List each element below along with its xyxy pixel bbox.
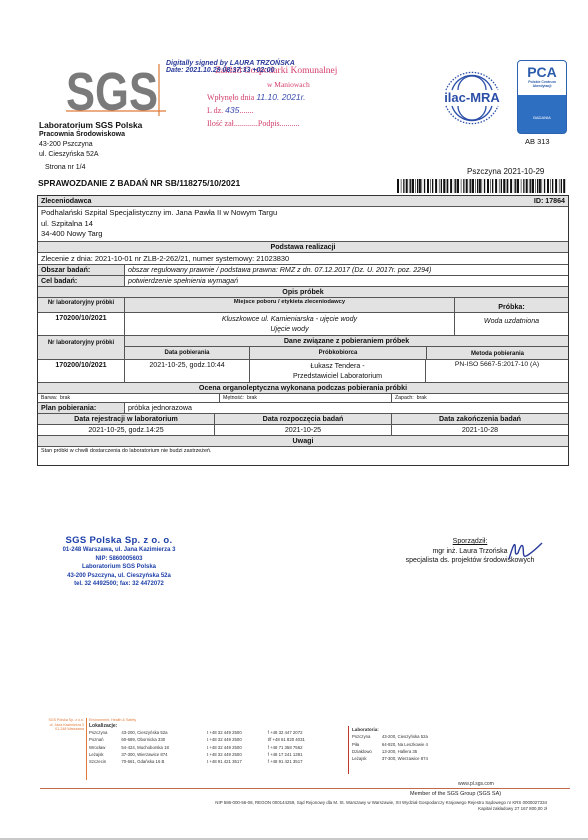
footer-laboratories: Laboratoria: Pszczyna43-200, Cieszyńska … (352, 726, 438, 762)
lab-dept: Pracownia Środowiskowa (39, 130, 142, 140)
stamp-line2: w Maniowach (267, 78, 337, 91)
dates-row: 2021-10-25, godz.14:25 2021-10-25 2021-1… (38, 424, 568, 435)
color-value: brak (60, 395, 70, 401)
pca-badania: BADANIA (518, 95, 566, 120)
col-sampling-date: Data pobierania (125, 347, 249, 359)
footer-lab-row: Działdowo13-200, Hallera 35 (352, 748, 438, 755)
sampler-name: Łukasz Tendera - Przedstawiciel Laborato… (249, 360, 425, 382)
laboratory-address: Laboratorium SGS Polska Pracownia Środow… (39, 120, 142, 160)
footer-divider (86, 718, 87, 780)
svg-text:SGS: SGS (66, 64, 158, 116)
website-link[interactable]: www.pl.sgs.com (458, 781, 494, 787)
start-date-label: Data rozpoczęcia badań (214, 414, 391, 424)
footer-company: SGS Polska Sp. z o.o. ul. Jana Kazimierz… (32, 718, 84, 732)
client-id: ID: 17864 (531, 196, 568, 206)
client-name: Podhalański Szpital Specjalistyczny im. … (41, 208, 565, 219)
member-text: Member of the SGS Group (SGS SA) (410, 791, 501, 797)
sample-type: Woda uzdatniona (454, 313, 568, 335)
samples-header-row: Opis próbek (38, 286, 568, 297)
purpose-row: Cel badań: potwierdzenie spełnienia wyma… (38, 275, 568, 286)
footer-locations: Environment, Health & Safety Lokalizacje… (89, 718, 305, 765)
lab-city: 43-200 Pszczyna (39, 140, 142, 150)
sampling-col-lab-no: Nr laboratoryjny próbki (38, 336, 124, 359)
footer-location-row: Poznań60-689, Obornicka 330t +48 32 449 … (89, 736, 305, 743)
client-header: Zleceniodawca (38, 196, 531, 206)
company-lab: Laboratorium SGS Polska (44, 563, 194, 572)
footer-lab-row: Leżajsk37-300, Wierzawice 874 (352, 755, 438, 762)
handwritten-signature-icon (506, 539, 546, 570)
footer-line (40, 788, 570, 789)
client-details: Podhalański Szpital Specjalistyczny im. … (38, 206, 568, 241)
area-value: obszar regulowany prawnie / podstawa pra… (124, 265, 568, 275)
area-label: Obszar badań: (38, 265, 124, 275)
footer-company-line3: 01-248 Warszawa (32, 727, 84, 732)
organoleptic-header: Ocena organoleptyczna wykonana podczas p… (38, 383, 568, 393)
samples-columns-row: Nr laboratoryjny próbki Miejsce poboru /… (38, 297, 568, 312)
end-date-label: Data zakończenia badań (391, 414, 568, 424)
barcode (397, 179, 567, 193)
client-header-row: Zleceniodawca ID: 17864 (38, 196, 568, 206)
col-location: Miejsce poboru / etykieta zleceniodawcy (124, 298, 454, 312)
sgs-logo: SGS (66, 64, 162, 114)
report-title: SPRAWOZDANIE Z BADAŃ NR SB/118275/10/202… (38, 178, 240, 188)
footer-location-row: Leżajsk37-300, Wierzawice 874t +48 32 44… (89, 751, 305, 758)
svg-text:ilac-MRA: ilac-MRA (444, 90, 500, 105)
stamp-ldz-label: L dz. (207, 106, 223, 115)
turbidity-value: brak (247, 395, 257, 401)
sample-label: Ujęcie wody (128, 324, 451, 334)
company-address: 01-248 Warszawa, ul. Jana Kazimierza 3 (44, 546, 194, 555)
ilac-mra-logo: ilac-MRA (434, 60, 510, 136)
organoleptic-row: Barwa: brak Mętność: brak Zapach: brak (38, 393, 568, 402)
start-date: 2021-10-25 (214, 425, 391, 435)
company-nip: NIP: 5860005603 (44, 555, 194, 564)
pca-title: PCA (518, 61, 566, 80)
color-label: Barwa: (41, 395, 57, 401)
odor-value: brak (417, 395, 427, 401)
samples-header: Opis próbek (38, 287, 568, 297)
lab-street: ul. Cieszyńska 52A (39, 150, 142, 160)
page-number: Strona nr 1/4 (45, 164, 85, 171)
accreditation-code: AB 313 (525, 137, 550, 146)
organoleptic-header-row: Ocena organoleptyczna wykonana podczas p… (38, 382, 568, 393)
client-street: ul. Szpitalna 14 (41, 219, 565, 230)
turbidity-label: Mętność: (223, 395, 244, 401)
footer-lab-row: Pszczyna43-200, Cieszyńska 52a (352, 733, 438, 740)
end-date: 2021-10-28 (391, 425, 568, 435)
remarks-header-row: Uwagi (38, 435, 568, 446)
remarks-header: Uwagi (38, 436, 568, 446)
sampling-header: Dane związane z pobieraniem próbek (125, 336, 568, 346)
order-info: Zlecenie z dnia: 2021-10-01 nr ZLB-2-262… (38, 253, 568, 264)
basis-header: Podstawa realizacji (38, 242, 568, 252)
registration-date-label: Data rejestracji w laboratorium (38, 414, 214, 424)
stamp-signature-label: Podpis (258, 119, 280, 128)
received-stamp: Zakład Gospodarki Komunalnej w Maniowach… (207, 65, 337, 130)
pca-accreditation-logo: PCA Polskie Centrum Akredytacji BADANIA (517, 60, 567, 134)
col-lab-no: Nr laboratoryjny próbki (38, 298, 124, 312)
stamp-received-date: 11.10. 2021r. (256, 92, 305, 102)
pca-subtitle2: Akredytacji (518, 84, 566, 88)
place-date: Pszczyna 2021-10-29 (467, 167, 544, 176)
footer-divider-labs (348, 726, 349, 774)
client-city: 34-400 Nowy Targ (41, 229, 565, 240)
purpose-label: Cel badań: (38, 276, 124, 286)
sample-location: Kluszkowce ul. Kamieniarska - ujęcie wod… (128, 314, 451, 324)
sampling-method: PN-ISO 5667-5:2017-10 (A) (425, 360, 568, 382)
company-name: SGS Polska Sp. z o. o. (44, 535, 194, 546)
sample-row: 170200/10/2021 Kluszkowce ul. Kamieniars… (38, 312, 568, 335)
stamp-attachments-label: Ilość zał. (207, 119, 236, 128)
digital-signature-date: Date: 2021.10.29 08:37:33 +02:00 (166, 67, 295, 74)
plan-row: Plan pobierania: próbka jednorazowa (38, 402, 568, 413)
digital-signature: Digitally signed by LAURA TRZOŃSKA Date:… (166, 60, 295, 74)
remarks-row: Stan próbki w chwili dostarczenia do lab… (38, 446, 568, 465)
footer-lab-row: Piła64-920, Na Leszkowie 4 (352, 741, 438, 748)
company-stamp: SGS Polska Sp. z o. o. 01-248 Warszawa, … (44, 535, 194, 589)
basis-header-row: Podstawa realizacji (38, 241, 568, 252)
sampling-header-row: Nr laboratoryjny próbki Dane związane z … (38, 335, 568, 359)
stamp-received-label: Wpłynęło dnia (207, 93, 254, 102)
footer-location-row: Szczecin70-661, Gdańska 16 Bt +48 91 421… (89, 758, 305, 765)
col-sample: Próbka: (454, 298, 568, 312)
report-table: Zleceniodawca ID: 17864 Podhalański Szpi… (37, 195, 569, 466)
order-row: Zlecenie z dnia: 2021-10-01 nr ZLB-2-262… (38, 252, 568, 264)
odor-label: Zapach: (395, 395, 414, 401)
stamp-ldz-number: 435 (225, 105, 239, 115)
footer-labs-header: Laboratoria: (352, 726, 438, 733)
plan-value: próbka jednorazowa (124, 403, 568, 413)
company-lab-address: 43-200 Pszczyna, ul. Cieszyńska 52a (44, 572, 194, 581)
dates-header-row: Data rejestracji w laboratorium Data roz… (38, 413, 568, 424)
sample-lab-no: 170200/10/2021 (38, 313, 124, 335)
remarks-text: Stan próbki w chwili dostarczenia do lab… (38, 447, 568, 465)
col-sampler: Próbkobiorca (249, 347, 426, 359)
sampling-date: 2021-10-25, godz.10:44 (124, 360, 249, 382)
sampling-lab-no: 170200/10/2021 (38, 360, 124, 382)
plan-label: Plan pobierania: (38, 403, 124, 413)
legal-line2: Kapitał zakładowy 27 167 800,00 zł (40, 806, 547, 812)
registration-date: 2021-10-25, godz.14:25 (38, 425, 214, 435)
footer-location-row: Pszczyna43-200, Cieszyńska 52at +48 32 4… (89, 729, 305, 736)
lab-name: Laboratorium SGS Polska (39, 120, 142, 130)
area-row: Obszar badań: obszar regulowany prawnie … (38, 264, 568, 275)
col-method: Metoda pobierania (426, 347, 568, 359)
sampling-row: 170200/10/2021 2021-10-25, godz.10:44 Łu… (38, 359, 568, 382)
company-phone: tel. 32 4492500; fax: 32 4472072 (44, 580, 194, 589)
purpose-value: potwierdzenie spełnienia wymagań (124, 276, 568, 286)
digital-signature-name: Digitally signed by LAURA TRZOŃSKA (166, 60, 295, 67)
legal-info: NIP 586-000-56-08, REGON 000144259, Sąd … (40, 800, 547, 812)
footer-location-row: Wrocław54-424, Muchoborska 18t +48 32 44… (89, 744, 305, 751)
